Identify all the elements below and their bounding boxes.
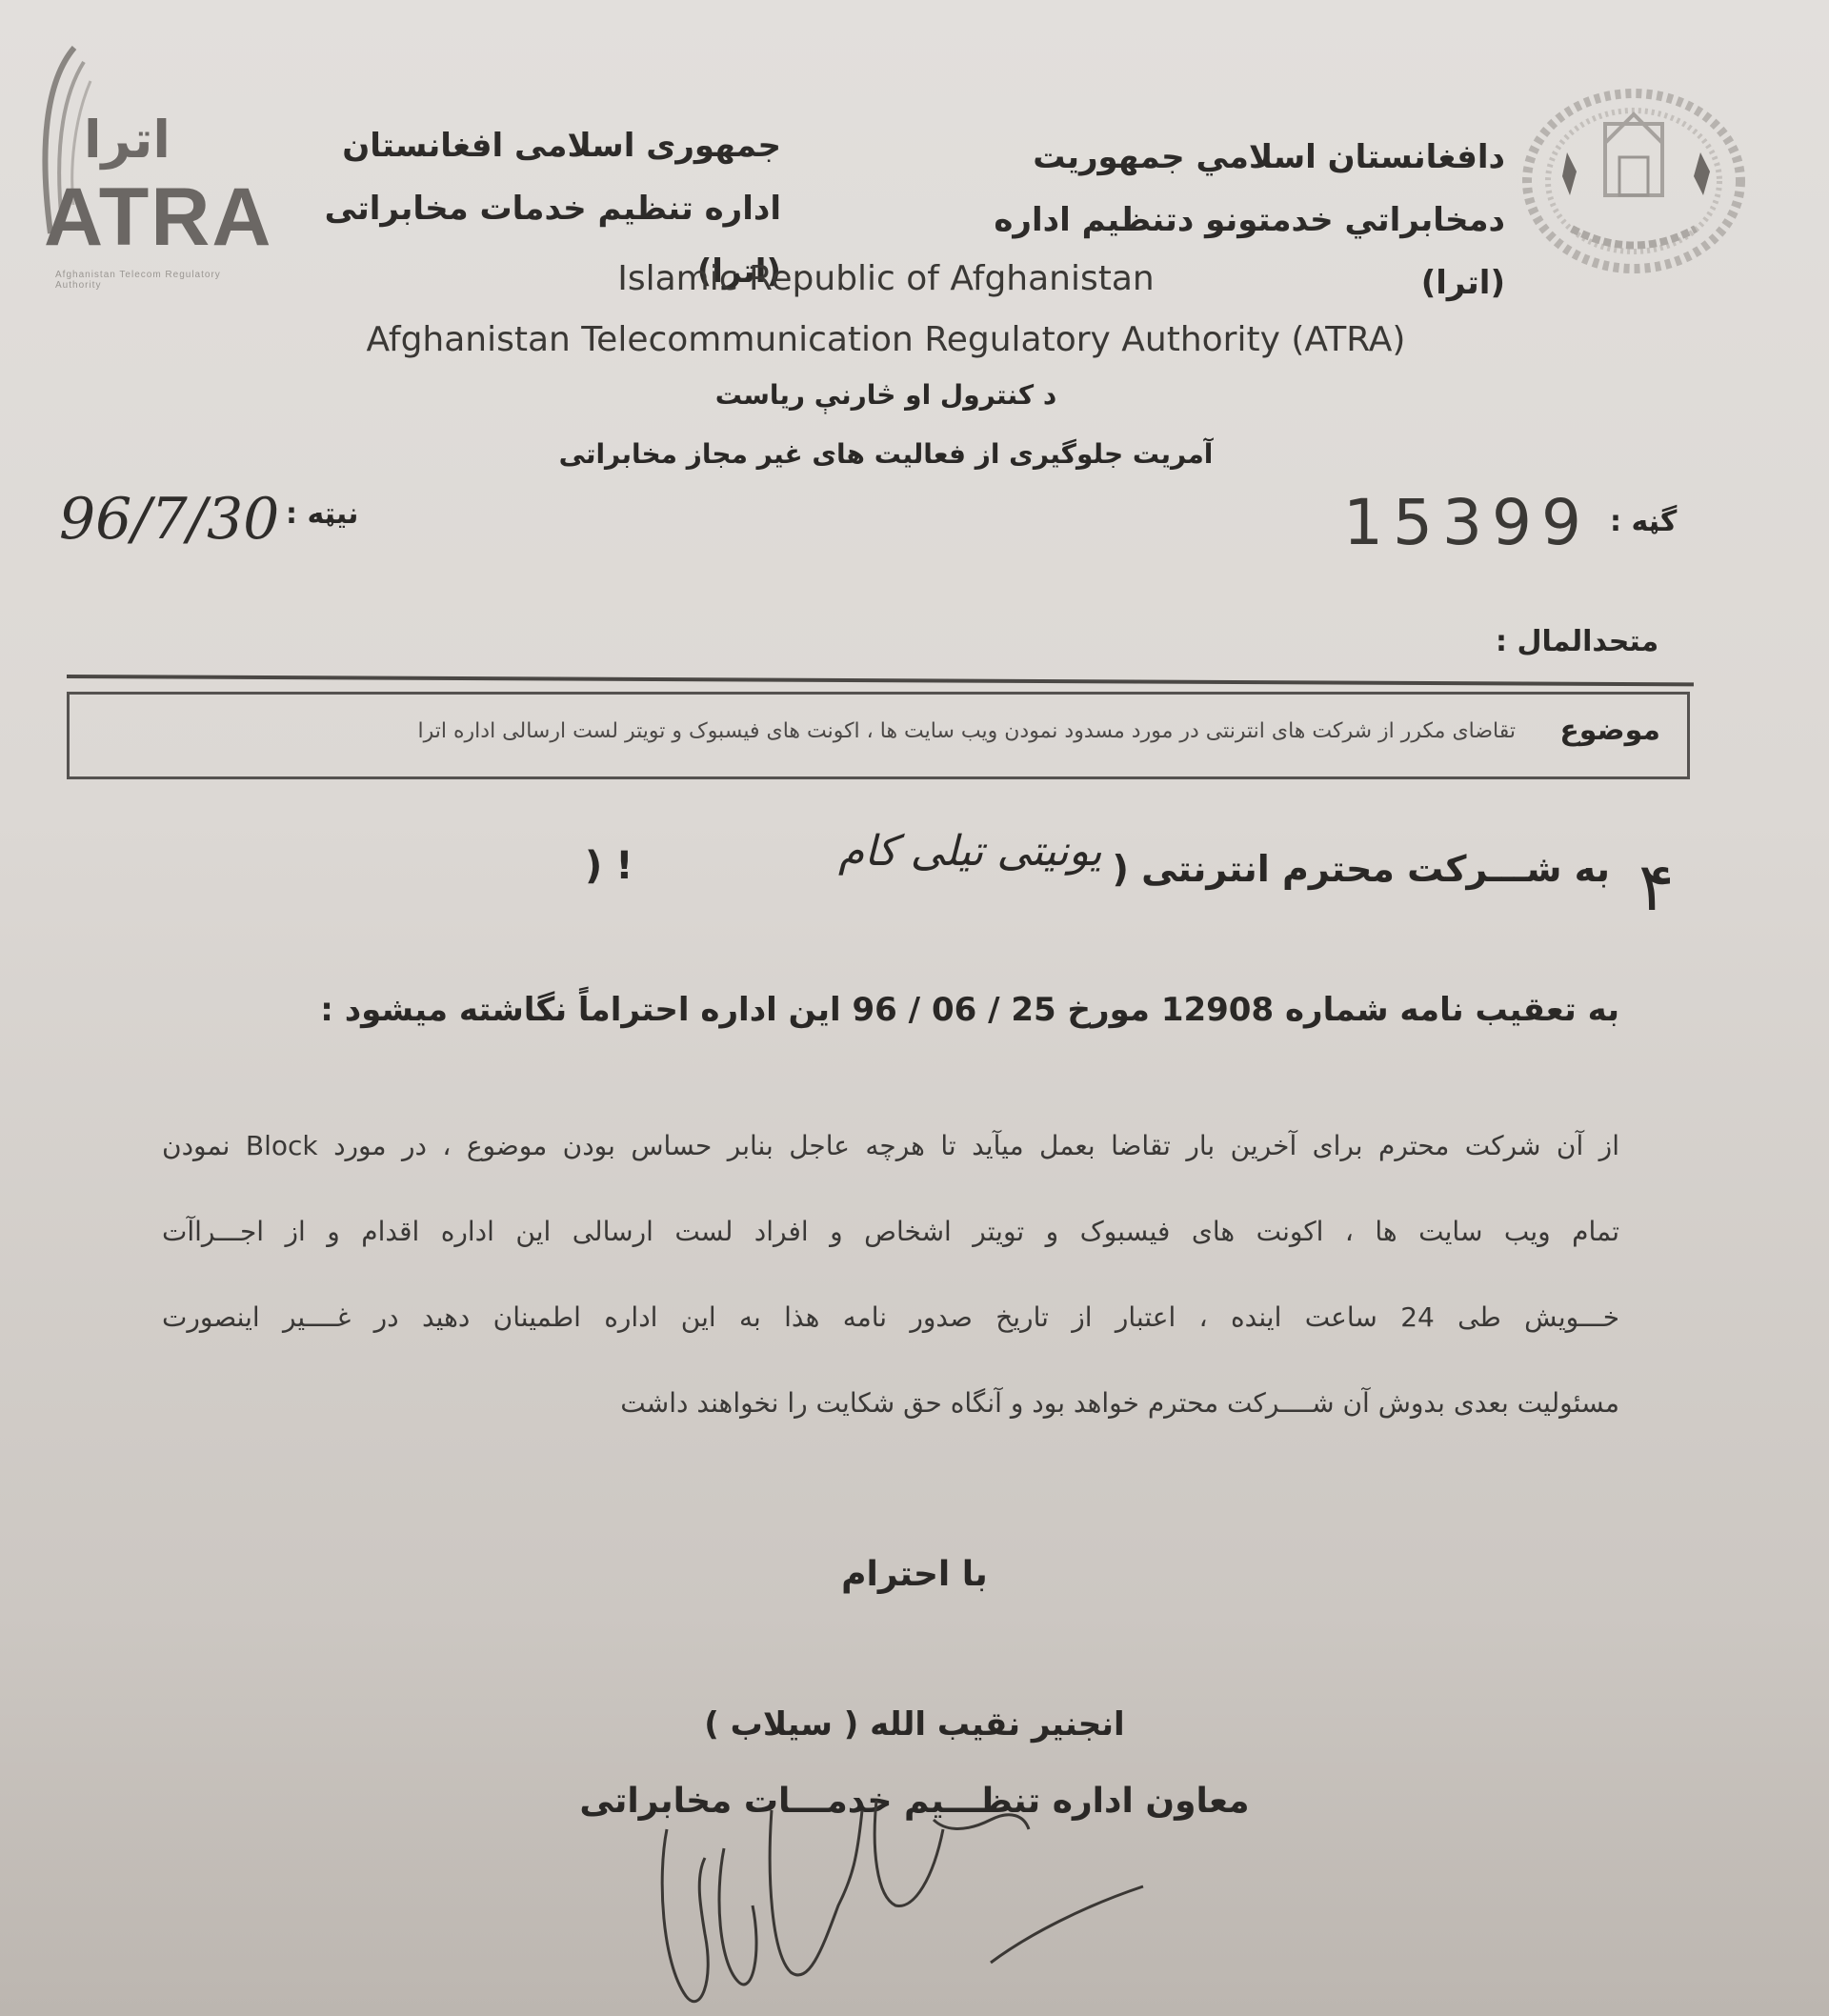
signature-icon — [648, 1791, 1162, 2016]
english-agency-name: Afghanistan Telecommunication Regulatory… — [0, 320, 1772, 359]
body-line: تمام ویب سایت ها ، اکونت های فیسبوک و تو… — [162, 1189, 1619, 1275]
department-name: د کنترول او څارنې رياست — [0, 379, 1772, 411]
logo-latin-text: ATRA — [44, 176, 272, 258]
letter-number: 15399 — [1343, 486, 1591, 559]
attachments-label: متحدالمال : — [1496, 625, 1658, 658]
english-country-name: Islamic Republic of Afghanistan — [0, 259, 1772, 298]
state-emblem-icon — [1515, 86, 1753, 276]
atra-logo: اترا ATRA Afghanistan Telecom Regulatory… — [27, 43, 265, 262]
handwritten-mark: ۴ — [1638, 848, 1675, 926]
salutation-prefix: به شـــرکت محترم انترنتی ( — [1113, 848, 1610, 890]
subject-text: تقاضای مکرر از شرکت های انترنتی در مورد … — [418, 719, 1516, 743]
body-line: خـــویش طی 24 ساعت اینده ، اعتبار از تار… — [162, 1275, 1619, 1361]
dari-country-name: جمهوری اسلامی افغانستان — [286, 114, 781, 177]
closing: با احترام — [0, 1555, 1829, 1594]
subject-box: موضوع تقاضای مکرر از شرکت های انترنتی در… — [67, 692, 1690, 779]
reference-line: به تعقیب نامه شماره 12908 مورخ 25 / 06 /… — [320, 991, 1619, 1029]
logo-arabic-text: اترا — [84, 110, 171, 170]
body-line: از آن شرکت محترم برای آخرین بار تقاضا بع… — [162, 1103, 1619, 1189]
pashto-country-name: دافغانستان اسلامي جمهوريت — [934, 126, 1505, 189]
letter-date: 96/7/30 — [59, 486, 279, 553]
signer-name: انجنیر نقیب الله ( سیلاب ) — [0, 1705, 1829, 1744]
handwritten-company-name: یونیتی تیلی کام — [838, 827, 1102, 876]
directorate-name: آمریت جلوگیری از فعالیت های غیر مجاز مخا… — [0, 438, 1772, 470]
number-label: گڼه : — [1610, 505, 1677, 538]
date-label: نیټه : — [286, 497, 358, 531]
salutation-suffix: ) ! — [585, 844, 633, 888]
header-divider — [67, 675, 1694, 686]
subject-label: موضوع — [1559, 714, 1660, 747]
letter-body: از آن شرکت محترم برای آخرین بار تقاضا بع… — [162, 1103, 1619, 1446]
body-line: مسئولیت بعدی بدوش آن شــــرکت محترم خواه… — [162, 1361, 1619, 1446]
